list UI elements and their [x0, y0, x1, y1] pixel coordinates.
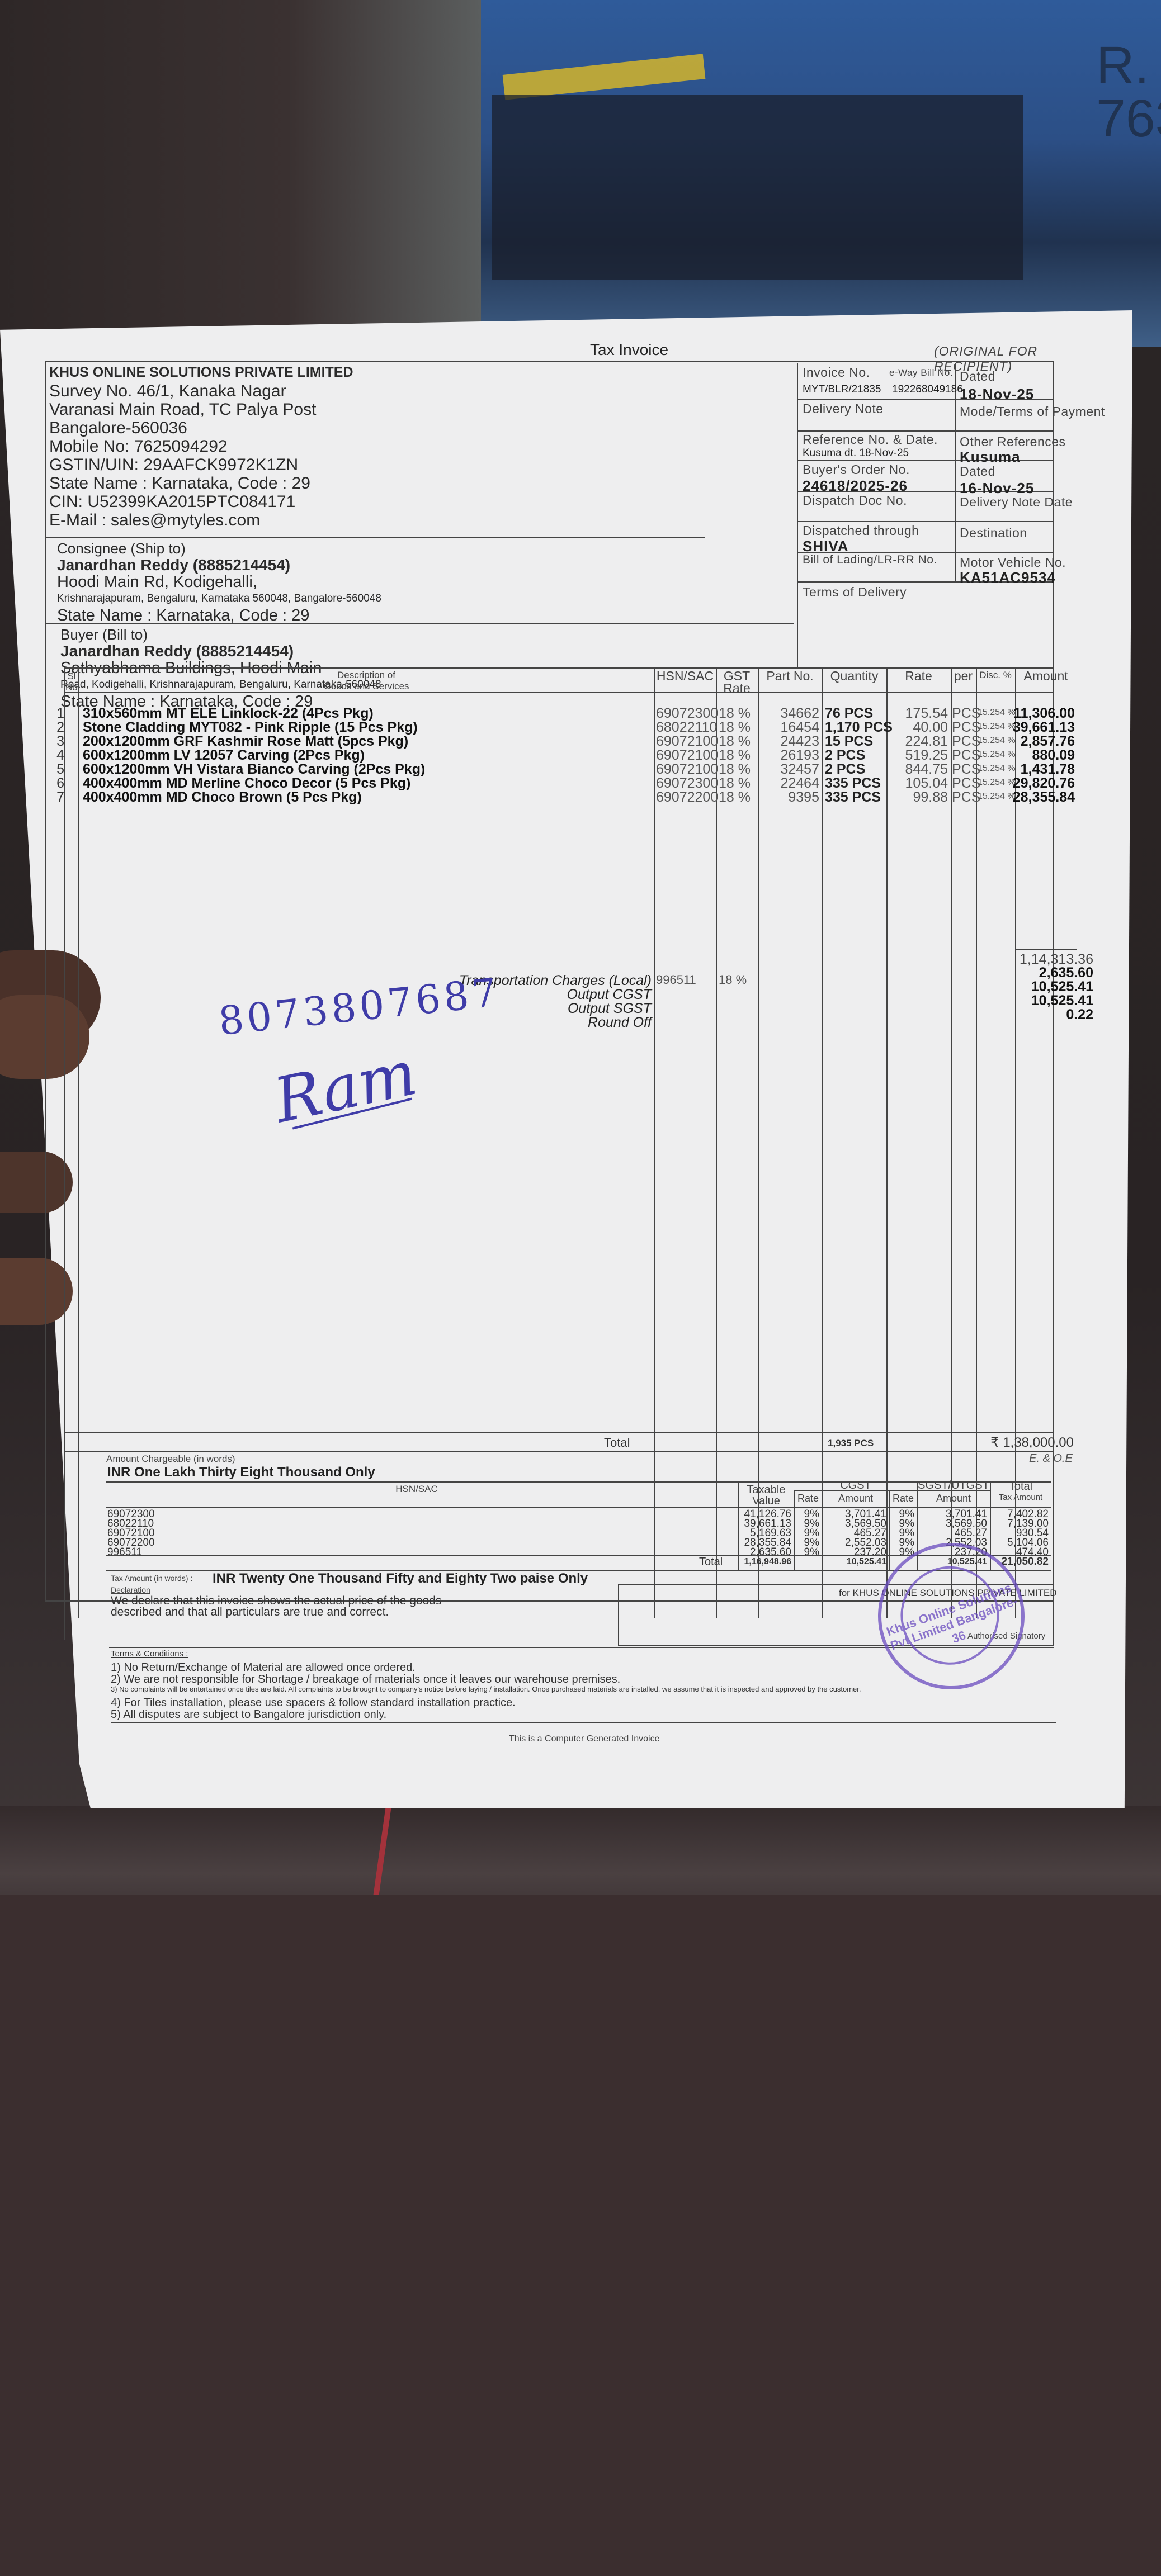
- declaration-line-2: described and that all particulars are t…: [111, 1606, 389, 1619]
- dispatched-through-label: Dispatched through: [803, 523, 919, 538]
- consignee-label: Consignee (Ship to): [57, 540, 381, 557]
- tax-cgst-rate: 9%: [794, 1546, 819, 1559]
- invoice-no: MYT/BLR/21835: [803, 383, 881, 396]
- terms-of-delivery-label: Terms of Delivery: [803, 585, 907, 600]
- consignee-block: Consignee (Ship to) Janardhan Reddy (888…: [57, 540, 381, 624]
- other-references-value: Kusuma: [960, 448, 1021, 466]
- col-rate: Rate: [886, 669, 951, 684]
- seller-mobile: Mobile No: 7625094292: [49, 437, 353, 456]
- tax-col-cgst: CGST: [794, 1479, 917, 1492]
- destination-label: Destination: [960, 525, 1027, 541]
- seller-gstin: GSTIN/UIN: 29AAFCK9972K1ZN: [49, 456, 353, 474]
- col-amount: Amount: [1015, 669, 1077, 684]
- seller-address-3: Bangalore-560036: [49, 419, 353, 437]
- col-per: per: [951, 669, 976, 684]
- tax-col-taxable-2: Value: [738, 1495, 794, 1508]
- consignee-name: Janardhan Reddy (8885214454): [57, 557, 381, 574]
- tax-total-label: Total: [699, 1556, 723, 1569]
- item-desc: 400x400mm MD Choco Brown (5 Pcs Pkg): [83, 789, 362, 806]
- tax-total-taxable: 1,16,948.96: [738, 1557, 791, 1567]
- tax-col-total-1: Total: [990, 1480, 1051, 1493]
- consignee-address-1: Hoodi Main Rd, Kodigehalli,: [57, 574, 381, 590]
- col-desc-1: Description of: [78, 670, 654, 681]
- tax-total-cgst: 10,525.41: [822, 1557, 886, 1567]
- col-disc: Disc. %: [976, 670, 1015, 681]
- seller-name: KHUS ONLINE SOLUTIONS PRIVATE LIMITED: [49, 363, 353, 382]
- seller-state: State Name : Karnataka, Code : 29: [49, 474, 353, 493]
- col-hsn: HSN/SAC: [654, 669, 716, 684]
- computer-generated-note: This is a Computer Generated Invoice: [509, 1734, 659, 1744]
- truck-chassis: [492, 95, 1023, 280]
- seller-cin: CIN: U52399KA2015PTC084171: [49, 493, 353, 511]
- invoice-title: Tax Invoice: [590, 341, 668, 359]
- bill-of-lading-label: Bill of Lading/LR-RR No.: [803, 553, 937, 567]
- col-gst-2: Rate: [716, 681, 758, 696]
- eoe-label: E. & O.E: [1029, 1452, 1073, 1465]
- terms-item: 5) All disputes are subject to Bangalore…: [111, 1708, 386, 1721]
- background-wall: [0, 0, 481, 347]
- item-sl: 7: [48, 789, 64, 806]
- terms-item: 4) For Tiles installation, please use sp…: [111, 1697, 516, 1710]
- item-gst: 18 %: [719, 789, 751, 806]
- col-part: Part No.: [758, 669, 822, 684]
- item-qty: 335 PCS: [825, 789, 881, 806]
- item-per: PCS: [952, 789, 980, 806]
- reference-value: Kusuma dt. 18-Nov-25: [803, 447, 909, 460]
- col-sl: Sl No.: [65, 671, 78, 693]
- charge-amount: 0.22: [998, 1007, 1093, 1023]
- tax-hsn: 996511: [107, 1546, 142, 1559]
- order-dated-label: Dated: [960, 464, 995, 479]
- dispatched-through-value: SHIVA: [803, 538, 849, 555]
- stamp-text: Khus Online Solutions Pvt Limited Bangal…: [881, 1579, 1027, 1668]
- charge-gst: 18 %: [719, 973, 747, 987]
- tax-words-label: Tax Amount (in words) :: [111, 1574, 192, 1583]
- terms-label: Terms & Conditions :: [111, 1649, 188, 1659]
- tax-col-total-2: Tax Amount: [990, 1493, 1051, 1502]
- declaration-label: Declaration: [111, 1585, 150, 1594]
- tax-col-cgst-rate: Rate: [794, 1493, 822, 1504]
- motor-vehicle-no: KA51AC9534: [960, 569, 1056, 586]
- buyer-order-no: 24618/2025-26: [803, 477, 908, 495]
- col-qty: Quantity: [822, 669, 886, 684]
- seller-email: E-Mail : sales@mytyles.com: [49, 511, 353, 529]
- buyer-label: Buyer (Bill to): [60, 626, 381, 643]
- terms-item: 2) We are not responsible for Shortage /…: [111, 1673, 620, 1686]
- payment-terms-label: Mode/Terms of Payment: [960, 404, 1105, 419]
- dated-label: Dated: [960, 369, 995, 384]
- total-label: Total: [604, 1436, 630, 1450]
- total-amount: ₹ 1,38,000.00: [954, 1434, 1074, 1451]
- amount-words-label: Amount Chargeable (in words): [106, 1453, 235, 1465]
- other-references-label: Other References: [960, 434, 1066, 449]
- invoice-no-label: Invoice No.: [803, 365, 870, 380]
- motor-vehicle-label: Motor Vehicle No.: [960, 555, 1066, 570]
- buyer-name: Janardhan Reddy (8885214454): [60, 643, 381, 660]
- terms-item: 1) No Return/Exchange of Material are al…: [111, 1661, 416, 1674]
- amount-in-words: INR One Lakh Thirty Eight Thousand Only: [107, 1465, 375, 1480]
- tax-in-words: INR Twenty One Thousand Fifty and Eighty…: [213, 1571, 588, 1587]
- tax-col-sgst-amount: Amount: [917, 1493, 990, 1504]
- invoice-date: 18-Nov-25: [960, 386, 1034, 403]
- buyer-order-label: Buyer's Order No.: [803, 462, 910, 477]
- item-rate: 99.88: [886, 789, 948, 806]
- tax-col-hsn: HSN/SAC: [106, 1484, 727, 1495]
- item-part: 9395: [761, 789, 819, 806]
- truck-lettering: R. SAI 763: [1096, 39, 1161, 145]
- seller-address-2: Varanasi Main Road, TC Palya Post: [49, 400, 353, 419]
- item-amount: 28,355.84: [980, 789, 1075, 806]
- total-quantity: 1,935 PCS: [828, 1438, 874, 1449]
- eway-bill-label: e-Way Bill No.: [889, 367, 953, 378]
- seller-block: KHUS ONLINE SOLUTIONS PRIVATE LIMITED Su…: [49, 363, 353, 529]
- tax-col-cgst-amount: Amount: [822, 1493, 889, 1504]
- dispatch-doc-label: Dispatch Doc No.: [803, 493, 907, 508]
- seller-address-1: Survey No. 46/1, Kanaka Nagar: [49, 382, 353, 400]
- tax-col-sgst: SGST/UTGST: [917, 1479, 990, 1492]
- consignee-state: State Name : Karnataka, Code : 29: [57, 607, 381, 624]
- charge-hsn: 996511: [656, 973, 696, 987]
- delivery-note-label: Delivery Note: [803, 401, 884, 416]
- reference-label: Reference No. & Date.: [803, 432, 938, 447]
- background-bottom: [0, 1895, 1161, 2576]
- consignee-address-2: Krishnarajapuram, Bengaluru, Karnataka 5…: [57, 590, 381, 607]
- terms-item: 3) No complaints will be entertained onc…: [111, 1685, 861, 1693]
- eway-bill-no: 192268049186: [892, 383, 963, 396]
- item-hsn: 69072200: [656, 789, 718, 806]
- col-desc-2: Goods and Services: [78, 681, 654, 692]
- tax-col-sgst-rate: Rate: [889, 1493, 917, 1504]
- delivery-note-date-label: Delivery Note Date: [960, 495, 1073, 510]
